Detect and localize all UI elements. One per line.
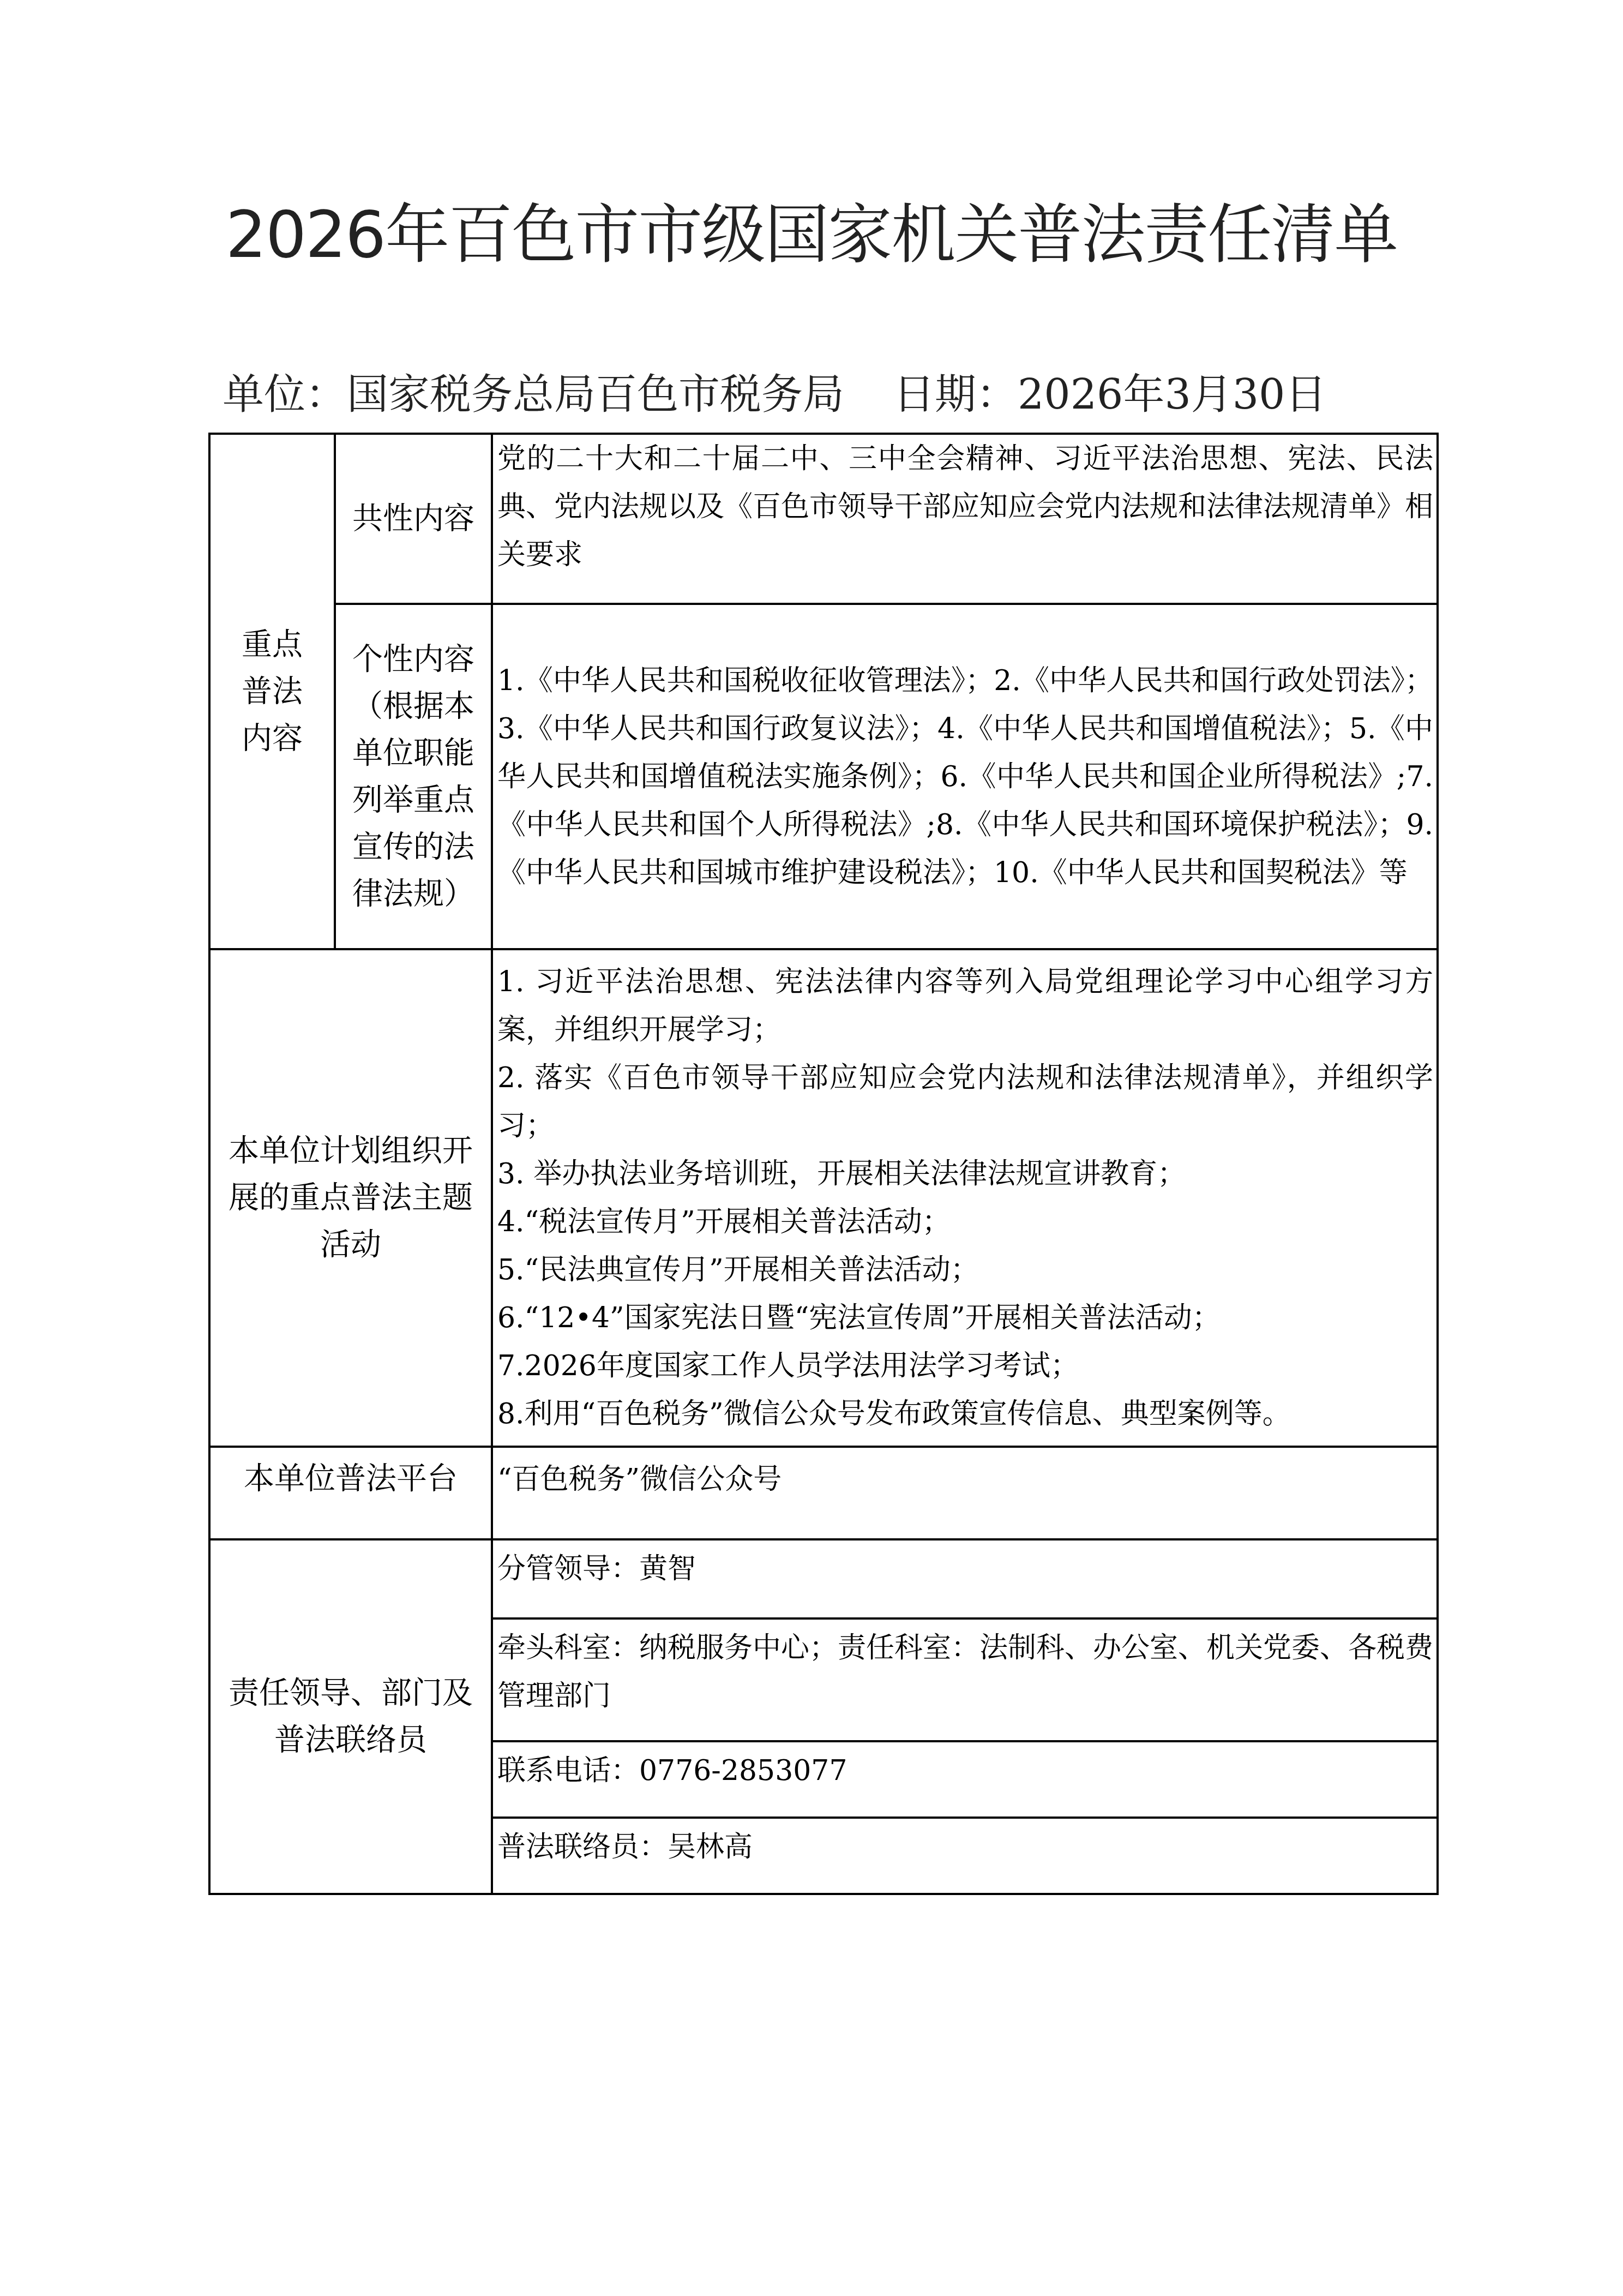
liaison-text: 普法联络员：吴林高: [497, 1823, 1433, 1871]
common-content-label: 共性内容: [336, 495, 491, 542]
activity-item: 4.“税法宣传月”开展相关普法活动；: [497, 1198, 1433, 1246]
platform-cell: “百色税务”微信公众号: [492, 1447, 1438, 1539]
specific-content-cell: 1.《中华人民共和国税收征收管理法》；2.《中华人民共和国行政处罚法》；3.《中…: [492, 604, 1438, 949]
departments-cell: 牵头科室：纳税服务中心；责任科室：法制科、办公室、机关党委、各税费管理部门: [492, 1618, 1438, 1741]
date-label: 日期：: [893, 370, 1018, 418]
departments-text: 牵头科室：纳税服务中心；责任科室：法制科、办公室、机关党委、各税费管理部门: [497, 1624, 1433, 1720]
table-row-common-content: 重点普法内容 共性内容 党的二十大和二十届二中、三中全会精神、习近平法治思想、宪…: [209, 434, 1438, 604]
key-content-label: 重点普法内容: [211, 621, 334, 762]
unit-label: 单位：: [223, 370, 347, 418]
activity-item: 8.利用“百色税务”微信公众号发布政策宣传信息、典型案例等。: [497, 1390, 1433, 1438]
leader-text: 分管领导：黄智: [497, 1545, 1433, 1593]
phone-text: 联系电话：0776-2853077: [497, 1747, 1433, 1795]
specific-content-text: 1.《中华人民共和国税收征收管理法》；2.《中华人民共和国行政处罚法》；3.《中…: [497, 657, 1433, 897]
activity-item: 1. 习近平法治思想、宪法法律内容等列入局党组理论学习中心组学习方案，并组织开展…: [497, 958, 1433, 1054]
activity-item: 5.“民法典宣传月”开展相关普法活动；: [497, 1246, 1433, 1294]
phone-cell: 联系电话：0776-2853077: [492, 1741, 1438, 1818]
activity-item: 3. 举办执法业务培训班，开展相关法律法规宣讲教育；: [497, 1150, 1433, 1198]
common-content-label-cell: 共性内容: [335, 434, 492, 604]
activity-item: 2. 落实《百色市领导干部应知应会党内法规和法律法规清单》，并组织学习；: [497, 1054, 1433, 1150]
document-title: 2026年百色市市级国家机关普法责任清单: [0, 194, 1623, 275]
common-content-text: 党的二十大和二十届二中、三中全会精神、习近平法治思想、宪法、民法典、党内法规以及…: [497, 435, 1433, 579]
unit-value: 国家税务总局百色市税务局: [347, 370, 844, 418]
common-content-cell: 党的二十大和二十届二中、三中全会精神、习近平法治思想、宪法、民法典、党内法规以及…: [492, 434, 1438, 604]
responsibility-label-cell: 责任领导、部门及普法联络员: [209, 1539, 492, 1894]
responsibility-label: 责任领导、部门及普法联络员: [211, 1670, 491, 1764]
platform-label-cell: 本单位普法平台: [209, 1447, 492, 1539]
key-content-label-cell: 重点普法内容: [209, 434, 335, 949]
liaison-cell: 普法联络员：吴林高: [492, 1818, 1438, 1894]
document-meta: 单位：国家税务总局百色市税务局日期：2026年3月30日: [223, 364, 1326, 424]
table-row-leader: 责任领导、部门及普法联络员 分管领导：黄智: [209, 1539, 1438, 1618]
leader-cell: 分管领导：黄智: [492, 1539, 1438, 1618]
activities-cell: 1. 习近平法治思想、宪法法律内容等列入局党组理论学习中心组学习方案，并组织开展…: [492, 949, 1438, 1447]
table-row-activities: 本单位计划组织开展的重点普法主题活动 1. 习近平法治思想、宪法法律内容等列入局…: [209, 949, 1438, 1447]
activity-item: 7.2026年度国家工作人员学法用法学习考试；: [497, 1342, 1433, 1390]
table-row-platform: 本单位普法平台 “百色税务”微信公众号: [209, 1447, 1438, 1539]
platform-label: 本单位普法平台: [211, 1455, 491, 1502]
platform-text: “百色税务”微信公众号: [497, 1455, 1433, 1503]
activities-label-cell: 本单位计划组织开展的重点普法主题活动: [209, 949, 492, 1447]
specific-content-label-cell: 个性内容（根据本单位职能列举重点宣传的法律法规）: [335, 604, 492, 949]
date-value: 2026年3月30日: [1018, 370, 1326, 418]
activities-label: 本单位计划组织开展的重点普法主题活动: [211, 1128, 491, 1268]
activity-item: 6.“12•4”国家宪法日暨“宪法宣传周”开展相关普法活动；: [497, 1294, 1433, 1342]
table-row-specific-content: 个性内容（根据本单位职能列举重点宣传的法律法规） 1.《中华人民共和国税收征收管…: [209, 604, 1438, 949]
responsibility-table: 重点普法内容 共性内容 党的二十大和二十届二中、三中全会精神、习近平法治思想、宪…: [208, 433, 1439, 1895]
specific-content-label: 个性内容（根据本单位职能列举重点宣传的法律法规）: [336, 636, 491, 918]
